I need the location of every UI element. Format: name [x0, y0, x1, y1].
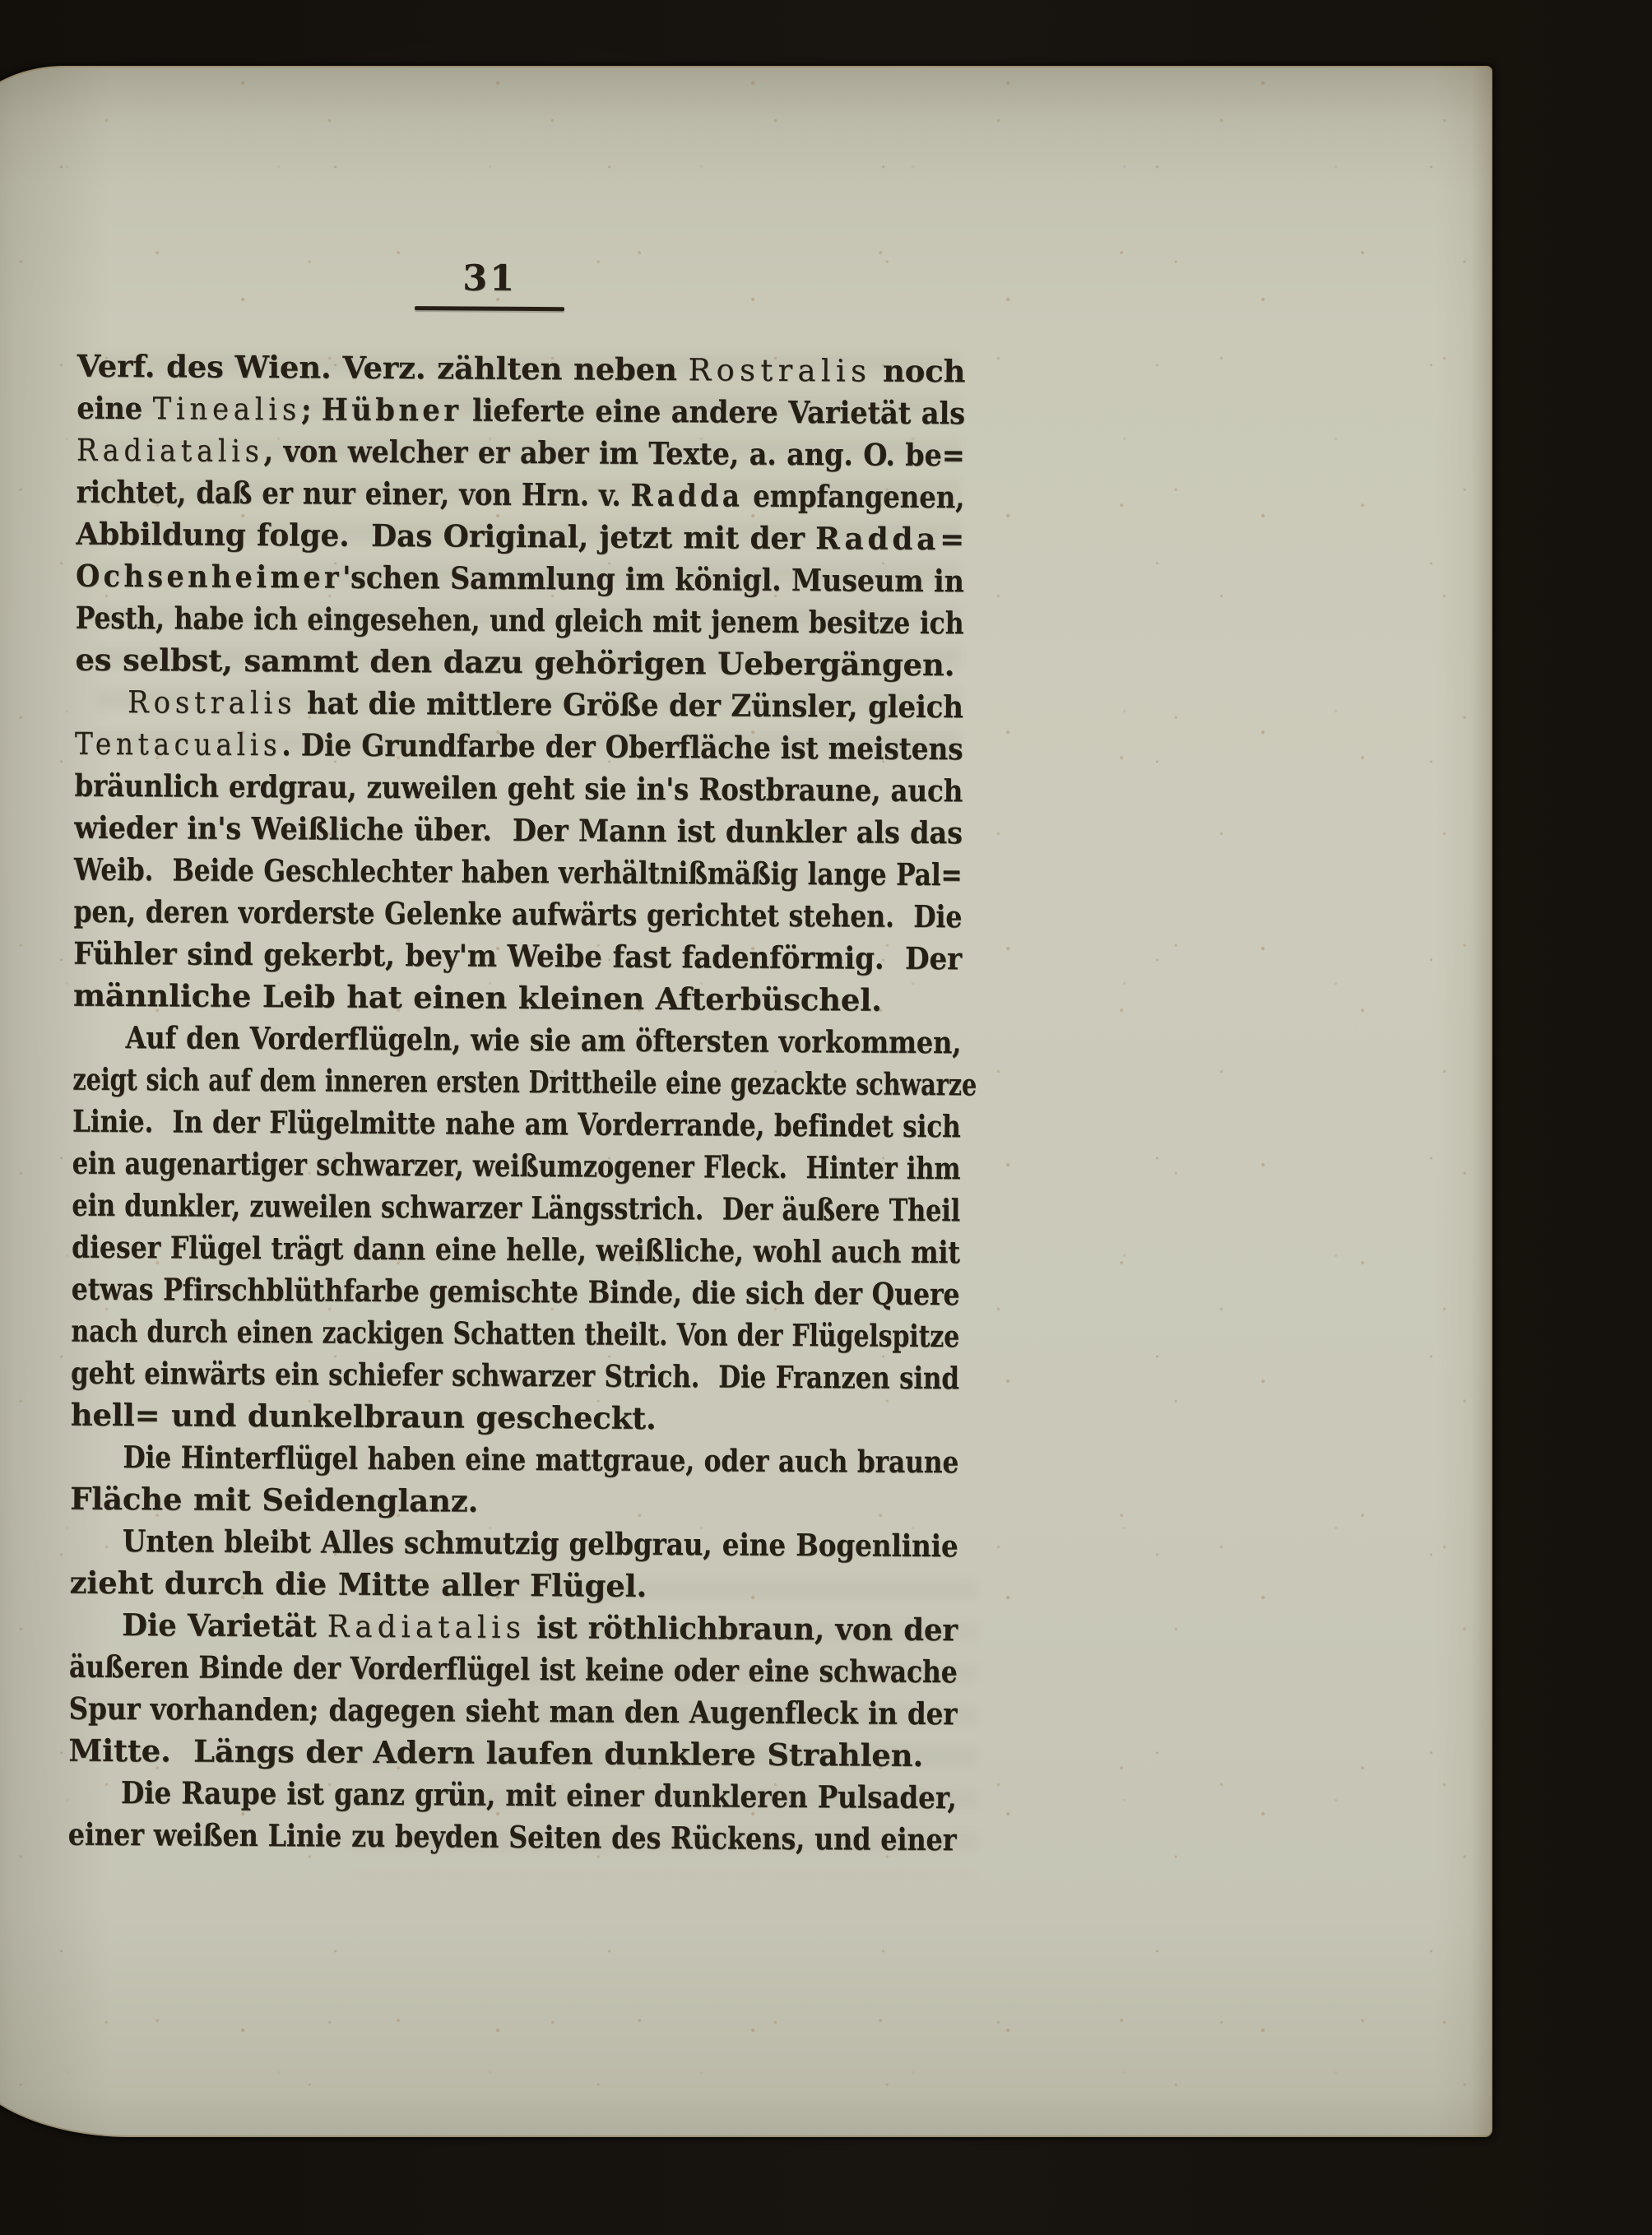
text-line: etwas Pfirschblüthfarbe gemischte Binde,… [72, 1268, 960, 1316]
text-line: ein dunkler, zuweilen schwarzer Längsstr… [72, 1185, 960, 1232]
page-header: 31 [366, 257, 613, 311]
species-name: Rostralis [128, 684, 297, 721]
paragraph: Die Hinterflügel haben eine mattgraue, o… [70, 1436, 959, 1526]
paragraph: Verf. des Wien. Verz. zählten neben Rost… [75, 345, 965, 687]
text-line: nach durch einen zackigen Schatten theil… [71, 1310, 959, 1358]
text-line: dieser Flügel trägt dann eine helle, wei… [72, 1226, 960, 1274]
text-line: zieht durch die Mitte aller Flügel. [69, 1562, 958, 1610]
text-line: Verf. des Wien. Verz. zählten neben Rost… [77, 345, 965, 393]
body-text: Verf. des Wien. Verz. zählten neben Rost… [68, 345, 966, 1862]
text-line: Weib. Beide Geschlechter haben verhältni… [74, 849, 963, 897]
species-name: Radiatalis [77, 433, 264, 469]
text-line: es selbst, sammt den dazu gehörigen Uebe… [75, 639, 963, 687]
proper-name: Radda [815, 520, 940, 557]
text-line: äußeren Binde der Vorderflügel ist keine… [69, 1646, 958, 1694]
species-name: Radiatalis [327, 1609, 527, 1645]
page-number-rule [415, 306, 564, 311]
book-page: 31 Verf. des Wien. Verz. zählten neben R… [0, 66, 1492, 2137]
text-line: hell= und dunkelbraun gescheckt. [71, 1394, 959, 1442]
text-line: Die Raupe ist ganz grün, mit einer dunkl… [68, 1772, 957, 1820]
paragraph: Rostralis hat die mittlere Größe der Zün… [73, 681, 963, 1022]
text-line: Auf den Vorderflügeln, wie sie am öfters… [72, 1017, 961, 1064]
page-number: 31 [366, 257, 613, 300]
text-line: Abbildung folge. Das Original, jetzt mit… [76, 513, 964, 561]
proper-name: Ochsenheimer [76, 558, 342, 596]
text-line: Rostralis hat die mittlere Größe der Zün… [75, 681, 963, 729]
species-name: Rostralis [688, 352, 871, 388]
text-line: Radiatalis, von welcher er aber im Texte… [77, 429, 965, 477]
paragraph: Unten bleibt Alles schmutzig gelbgrau, e… [69, 1520, 958, 1610]
paragraph: Die Varietät Radiatalis ist röthlichbrau… [68, 1604, 958, 1778]
text-line: männliche Leib hat einen kleinen Afterbü… [73, 975, 962, 1022]
text-line: pen, deren vorderste Gelenke aufwärts ge… [73, 891, 962, 939]
paragraph: Die Raupe ist ganz grün, mit einer dunkl… [68, 1772, 958, 1862]
text-line: Fläche mit Seidenglanz. [70, 1478, 958, 1526]
text-line: wieder in's Weißliche über. Der Mann ist… [74, 807, 963, 855]
text-line: Pesth, habe ich eingesehen, und gleich m… [76, 597, 964, 645]
page-content: 31 Verf. des Wien. Verz. zählten neben R… [0, 61, 1494, 2141]
text-line: Tentacualis. Die Grundfarbe der Oberfläc… [75, 723, 963, 771]
proper-name: Hübner [322, 391, 462, 428]
text-line: ein augenartiger schwarzer, weißumzogene… [72, 1143, 961, 1190]
text-line: Die Varietät Radiatalis ist röthlichbrau… [69, 1604, 958, 1652]
text-line: richtet, daß er nur einer, von Hrn. v. R… [77, 471, 965, 519]
text-line: Fühler sind gekerbt, bey'm Weibe fast fa… [73, 933, 962, 981]
text-line: Mitte. Längs der Adern laufen dunklere S… [68, 1730, 957, 1778]
proper-name: Radda [631, 477, 744, 514]
paragraph: Auf den Vorderflügeln, wie sie am öfters… [71, 1017, 962, 1442]
text-line: bräunlich erdgrau, zuweilen geht sie in'… [74, 765, 963, 813]
species-name: Tinealis [152, 391, 301, 427]
text-line: Linie. In der Flügelmitte nahe am Vorder… [72, 1101, 961, 1148]
text-line: zeigt sich auf dem inneren ersten Dritth… [72, 1059, 961, 1106]
text-line: Die Hinterflügel haben eine mattgraue, o… [70, 1436, 958, 1484]
text-line: Unten bleibt Alles schmutzig gelbgrau, e… [70, 1520, 958, 1568]
species-name: Tentacualis [75, 726, 282, 763]
text-line: geht einwärts ein schiefer schwarzer Str… [71, 1352, 959, 1400]
text-line: Ochsenheimer'schen Sammlung im königl. M… [76, 555, 964, 603]
text-line: Spur vorhanden; dagegen sieht man den Au… [68, 1688, 957, 1736]
text-line: eine Tinealis; Hübner lieferte eine ande… [77, 387, 965, 435]
text-line: einer weißen Linie zu beyden Seiten des … [68, 1814, 957, 1862]
